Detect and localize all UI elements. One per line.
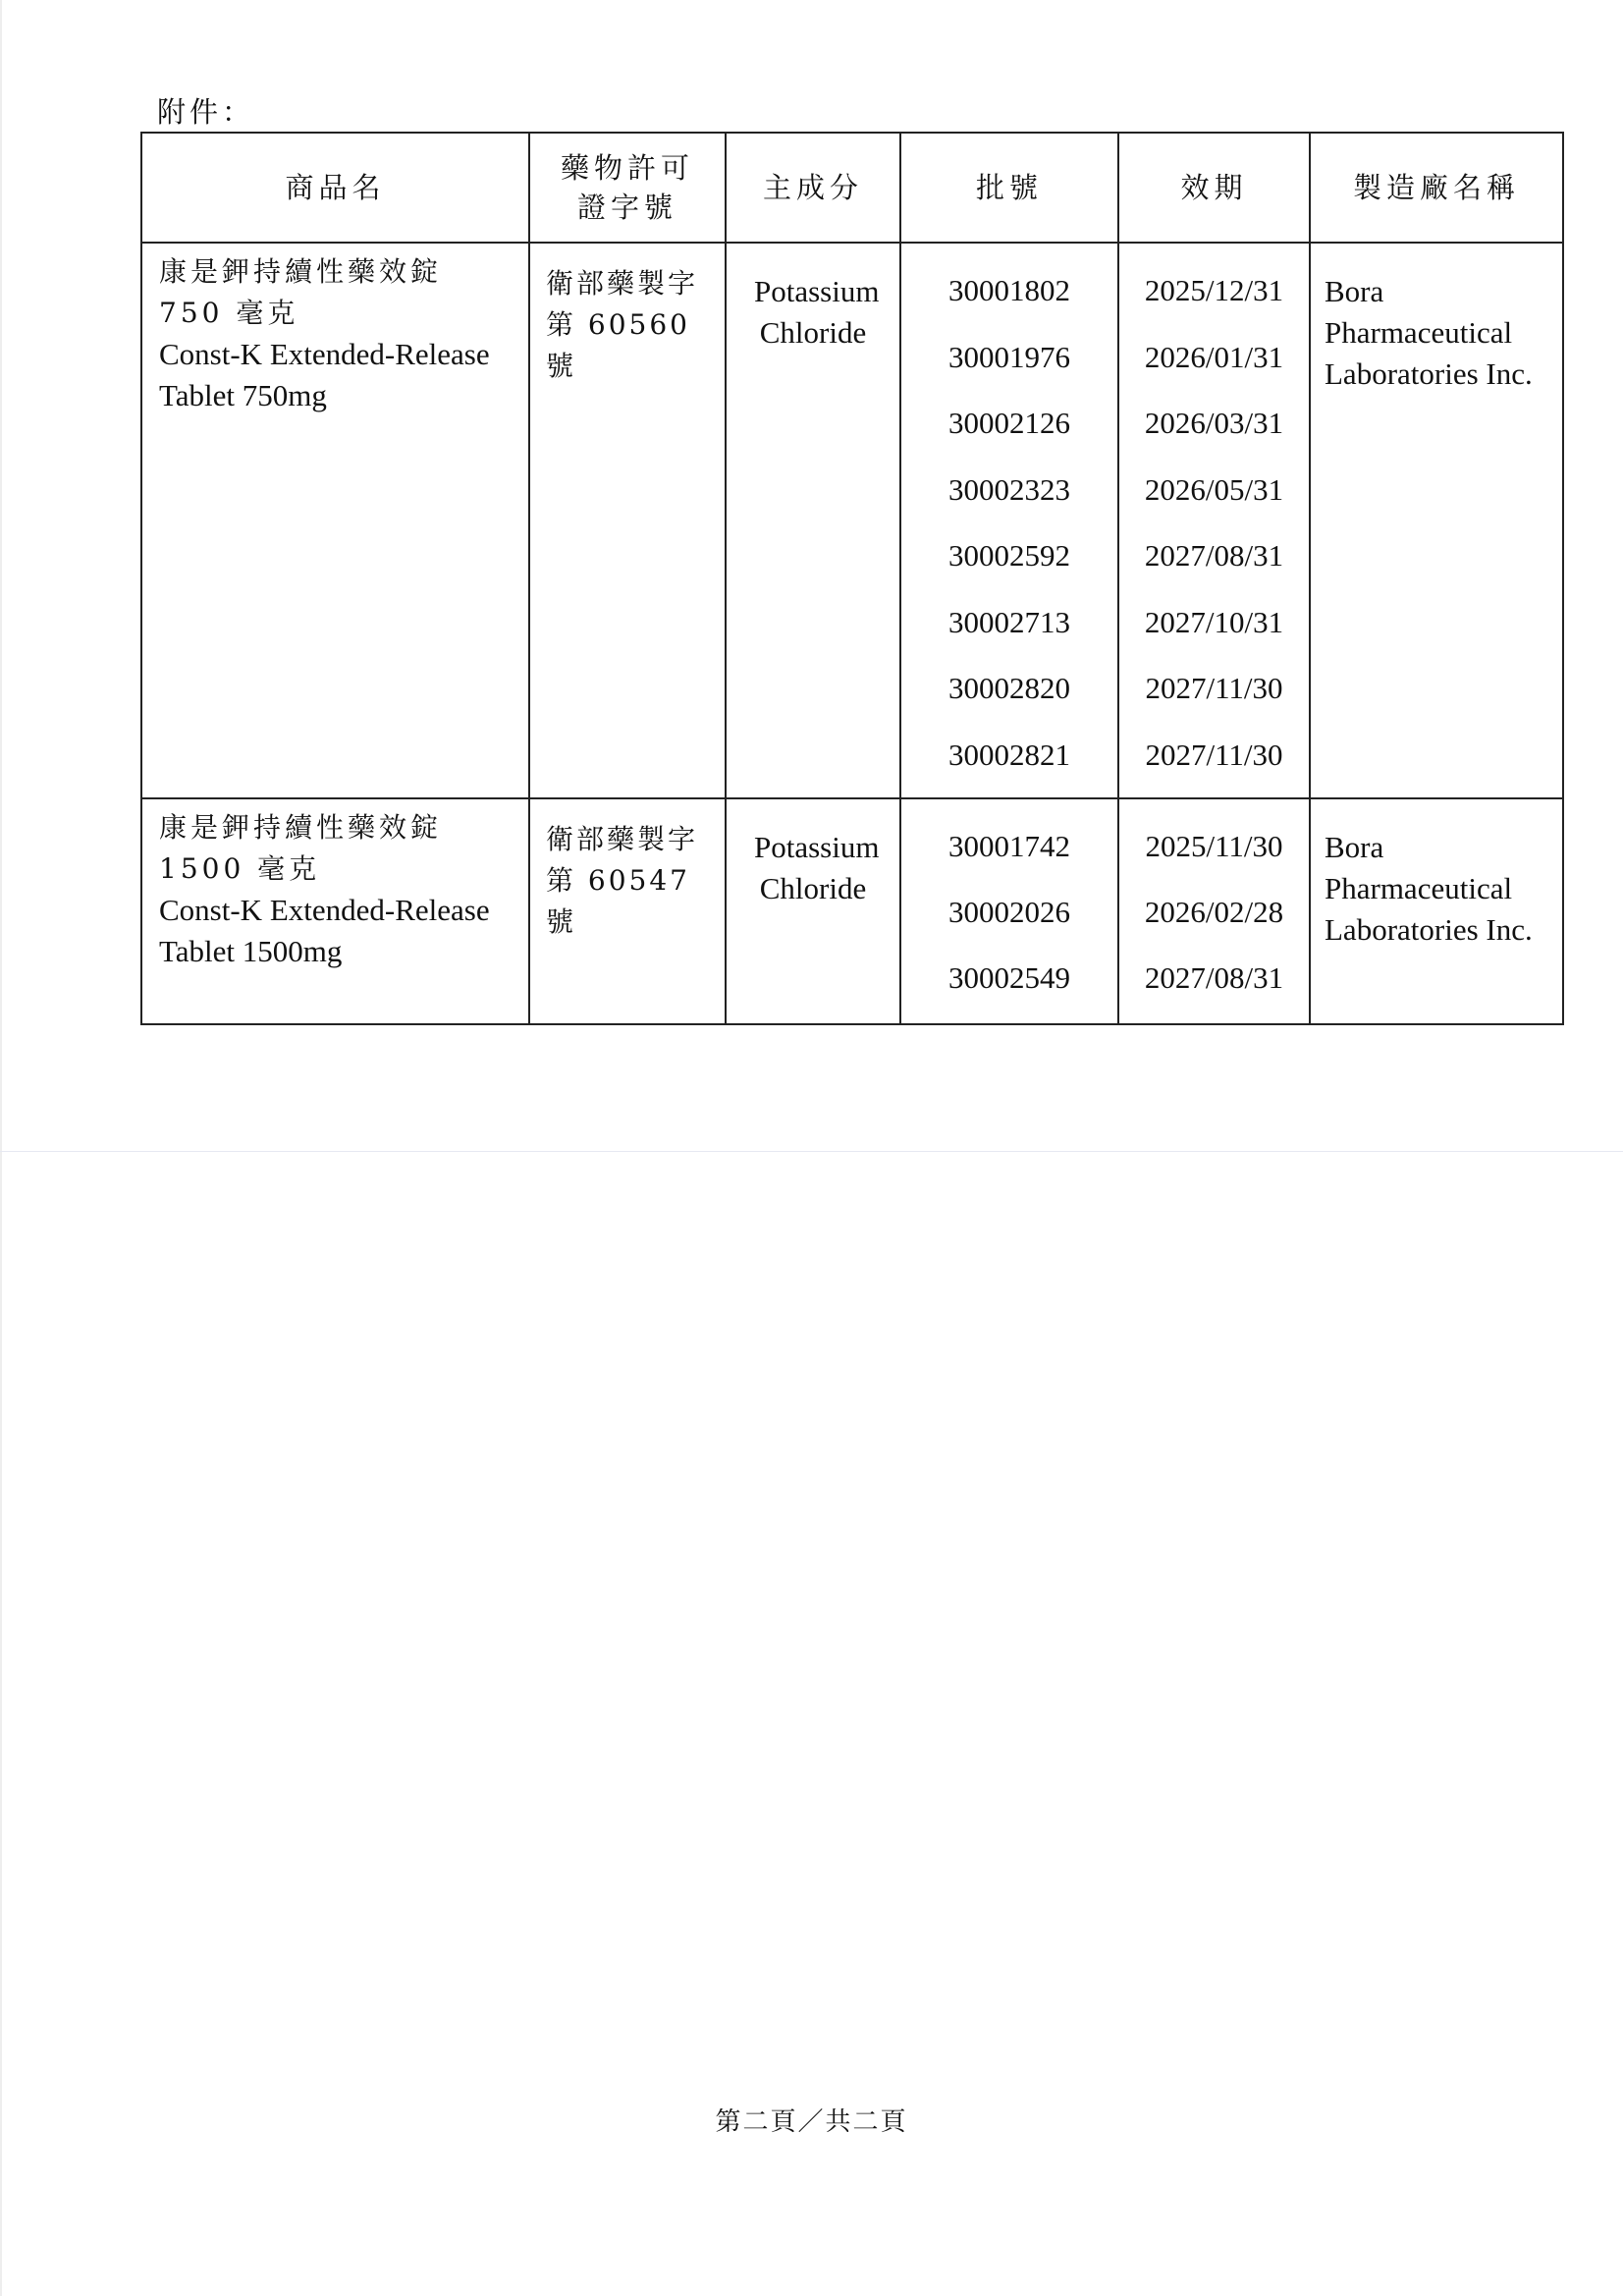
header-batch: 批號: [900, 133, 1118, 243]
expiry-date: 2025/11/30: [1119, 813, 1309, 879]
expiry-date: 2026/05/31: [1119, 457, 1309, 523]
product-name-en: Const-K Extended-Release Tablet 1500mg: [159, 890, 503, 972]
header-ingredient: 主成分: [726, 133, 900, 243]
product-dose-zh: 750 毫克: [159, 293, 528, 334]
batch-number: 30002026: [901, 879, 1117, 945]
scan-edge: [0, 0, 2, 2296]
ingredient-cell: Potassium Chloride: [726, 243, 900, 798]
expiry-date: 2027/08/31: [1119, 522, 1309, 589]
license-line1: 衛部藥製字: [546, 819, 725, 860]
batch-number: 30001976: [901, 324, 1117, 391]
license-line2: 第 60560 號: [546, 304, 725, 387]
expiry-date: 2027/11/30: [1119, 655, 1309, 722]
header-manufacturer: 製造廠名稱: [1310, 133, 1563, 243]
batch-cell: 300017423000202630002549: [900, 798, 1118, 1024]
table-row: 康是鉀持續性藥效錠 750 毫克 Const-K Extended-Releas…: [141, 243, 1563, 798]
header-license-number: 藥物許可證字號: [529, 133, 726, 243]
batch-number: 30002323: [901, 457, 1117, 523]
batch-cell: 3000180230001976300021263000232330002592…: [900, 243, 1118, 798]
attachment-label: 附件：: [157, 90, 254, 131]
expiry-date: 2027/08/31: [1119, 945, 1309, 1011]
product-name-en: Const-K Extended-Release Tablet 750mg: [159, 334, 503, 416]
expiry-date: 2025/12/31: [1119, 257, 1309, 324]
license-cell: 衛部藥製字 第 60547 號: [529, 798, 726, 1024]
batch-number: 30002592: [901, 522, 1117, 589]
ingredient-cell: Potassium Chloride: [726, 798, 900, 1024]
license-line2: 第 60547 號: [546, 860, 725, 943]
manufacturer-cell: Bora Pharmaceutical Laboratories Inc.: [1310, 243, 1563, 798]
manufacturer-text: Bora Pharmaceutical Laboratories Inc.: [1325, 827, 1541, 951]
batch-number: 30001742: [901, 813, 1117, 879]
batch-number: 30002821: [901, 722, 1117, 789]
recall-table: 商品名 藥物許可證字號 主成分 批號 效期 製造廠名稱 康是鉀持續性藥效錠 75…: [140, 132, 1564, 1025]
header-product-name: 商品名: [141, 133, 529, 243]
batch-number: 30001802: [901, 257, 1117, 324]
header-license-text: 藥物許可證字號: [554, 148, 701, 227]
expiry-cell: 2025/12/312026/01/312026/03/312026/05/31…: [1118, 243, 1310, 798]
product-name-cell: 康是鉀持續性藥效錠 750 毫克 Const-K Extended-Releas…: [141, 243, 529, 798]
product-name-zh: 康是鉀持續性藥效錠: [159, 807, 528, 848]
manufacturer-text: Bora Pharmaceutical Laboratories Inc.: [1325, 271, 1541, 395]
product-name-cell: 康是鉀持續性藥效錠 1500 毫克 Const-K Extended-Relea…: [141, 798, 529, 1024]
expiry-date: 2026/03/31: [1119, 390, 1309, 457]
expiry-cell: 2025/11/302026/02/282027/08/31: [1118, 798, 1310, 1024]
table-row: 康是鉀持續性藥效錠 1500 毫克 Const-K Extended-Relea…: [141, 798, 1563, 1024]
license-line1: 衛部藥製字: [546, 263, 725, 304]
product-dose-zh: 1500 毫克: [159, 848, 528, 890]
ingredient-text: Potassium Chloride: [754, 827, 872, 909]
batch-number: 30002549: [901, 945, 1117, 1011]
expiry-date: 2026/02/28: [1119, 879, 1309, 945]
batch-number: 30002713: [901, 589, 1117, 656]
batch-number: 30002126: [901, 390, 1117, 457]
product-name-zh: 康是鉀持續性藥效錠: [159, 251, 528, 293]
license-cell: 衛部藥製字 第 60560 號: [529, 243, 726, 798]
expiry-date: 2027/10/31: [1119, 589, 1309, 656]
expiry-date: 2027/11/30: [1119, 722, 1309, 789]
expiry-date: 2026/01/31: [1119, 324, 1309, 391]
table-header-row: 商品名 藥物許可證字號 主成分 批號 效期 製造廠名稱: [141, 133, 1563, 243]
page-footer: 第二頁／共二頁: [0, 2102, 1623, 2138]
batch-number: 30002820: [901, 655, 1117, 722]
manufacturer-cell: Bora Pharmaceutical Laboratories Inc.: [1310, 798, 1563, 1024]
scan-artifact-line: [0, 1151, 1623, 1152]
ingredient-text: Potassium Chloride: [754, 271, 872, 354]
header-expiry: 效期: [1118, 133, 1310, 243]
